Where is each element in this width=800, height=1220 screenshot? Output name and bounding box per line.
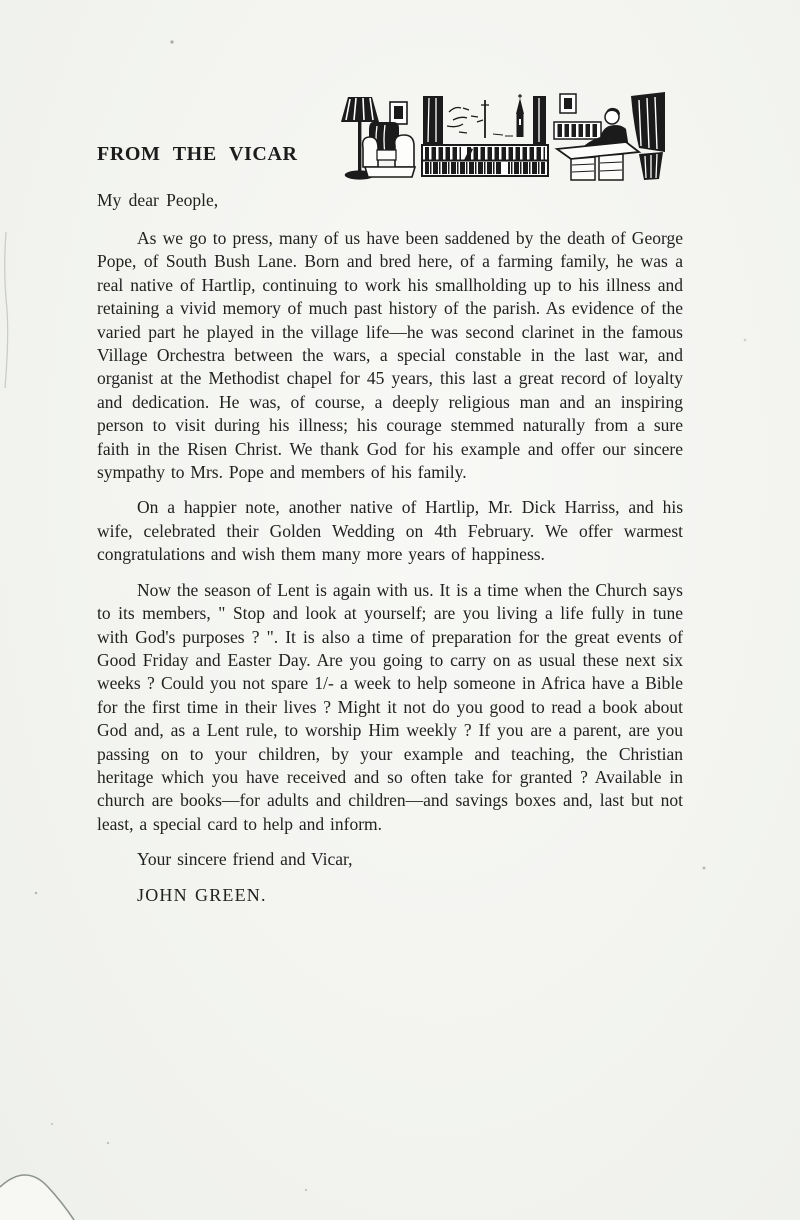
salutation: My dear People, [97,190,218,211]
paragraph-obituary: As we go to press, many of us have been … [97,227,683,484]
small-frame-icon [560,94,576,113]
vicar-study-illustration [333,92,665,188]
letter-body: As we go to press, many of us have been … [97,227,683,919]
page-curl [0,1145,95,1220]
bookshelf-icon [422,145,548,176]
newsletter-page: FROM THE VICAR [0,0,800,1220]
desk-icon [557,142,639,180]
waste-basket-icon [639,152,663,180]
page-crease-mark [0,230,14,390]
signature: JOHN GREEN. [97,884,683,907]
page-title: FROM THE VICAR [97,143,298,166]
curtain-icon [631,92,665,152]
closing-line: Your sincere friend and Vicar, [97,848,683,871]
picture-frame-icon [390,102,407,124]
paragraph-golden-wedding: On a happier note, another native of Har… [97,496,683,566]
window-view-icon [423,94,546,145]
armchair-icon [363,122,415,177]
paragraph-lent: Now the season of Lent is again with us.… [97,579,683,836]
desk-shelf-icon [554,122,601,139]
